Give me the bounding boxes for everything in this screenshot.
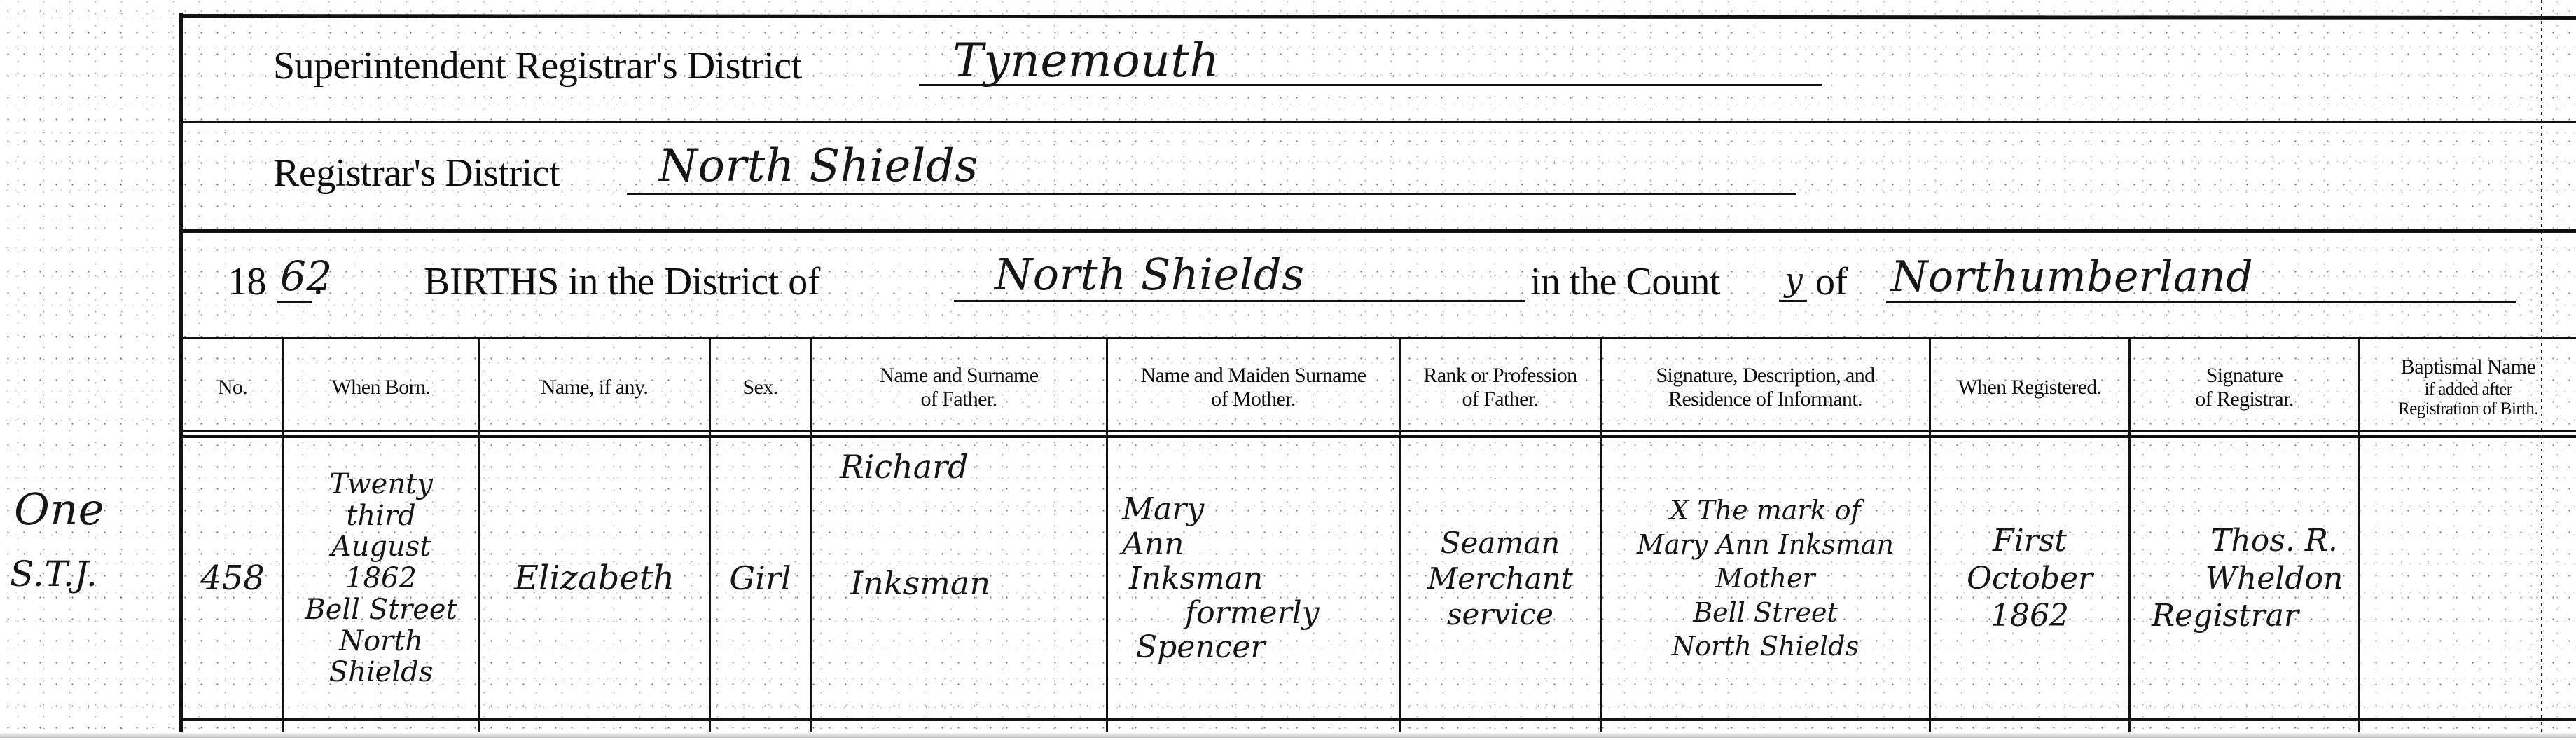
page-edge-shadow (0, 732, 2576, 738)
county-of-label: of (1815, 259, 1848, 304)
county-fill-line (1886, 301, 2516, 303)
year-fill-line (277, 301, 312, 303)
births-district-value: North Shields (995, 249, 1305, 300)
superintendent-value: Tynemouth (953, 34, 1219, 88)
col-header-when-registered: When Registered. (1931, 345, 2128, 430)
rule-4a (181, 430, 2576, 432)
col-header-registrar-signature: Signatureof Registrar. (2131, 345, 2358, 430)
entry-when-born: Twenty third August 1862 Bell Street Nor… (284, 440, 478, 717)
entry-name: Elizabeth (480, 440, 709, 717)
col-header-baptismal-name: Baptismal Nameif added afterRegistration… (2360, 345, 2576, 430)
entry-no: 458 (183, 440, 282, 717)
entry-father: Richard Inksman (812, 440, 1106, 724)
superintendent-label: Superintendent Registrar's District (273, 43, 802, 88)
entry-rank: Seaman Merchant service (1401, 440, 1600, 717)
col-header-name: Name, if any. (480, 345, 709, 430)
births-label: BIRTHS in the District of (424, 259, 820, 304)
top-rule (181, 14, 2576, 20)
county-value: Northumberland (1891, 252, 2253, 301)
col-header-father: Name and Surnameof Father. (812, 345, 1106, 430)
col-header-mother: Name and Maiden Surnameof Mother. (1108, 345, 1399, 430)
year-prefix: 18 (228, 259, 266, 304)
col-header-sex: Sex. (711, 345, 810, 430)
year-period: . (313, 257, 323, 303)
rule-4b (181, 435, 2576, 438)
county-label: in the Count (1530, 259, 1720, 304)
rule-2 (181, 229, 2576, 233)
margin-note-line-1: One (14, 484, 104, 535)
births-district-fill-line (954, 300, 1525, 302)
registrar-value: North Shields (658, 140, 978, 192)
col-header-no: No. (183, 345, 282, 430)
entry-mother: Mary Ann Inksman formerly Spencer (1108, 440, 1399, 717)
rule-1 (181, 121, 2576, 123)
col-header-when-born: When Born. (284, 345, 478, 430)
margin-note-line-2: S.T.J. (10, 554, 97, 594)
bottom-rule (181, 718, 2576, 721)
county-fill: y (1785, 261, 1803, 299)
entry-when-registered: First October 1862 (1931, 440, 2128, 717)
registrar-label: Registrar's District (273, 151, 560, 196)
registrar-fill-line (627, 193, 1796, 195)
entry-sex: Girl (711, 440, 810, 717)
rule-3 (181, 337, 2576, 339)
county-y-fill-line (1779, 300, 1807, 302)
entry-baptismal-name (2360, 440, 2576, 717)
entry-informant: X The mark of Mary Ann Inksman Mother Be… (1602, 440, 1929, 717)
col-header-rank: Rank or Professionof Father. (1401, 345, 1600, 430)
year-suffix: 62 (280, 252, 333, 300)
col-header-informant: Signature, Description, andResidence of … (1602, 345, 1929, 430)
